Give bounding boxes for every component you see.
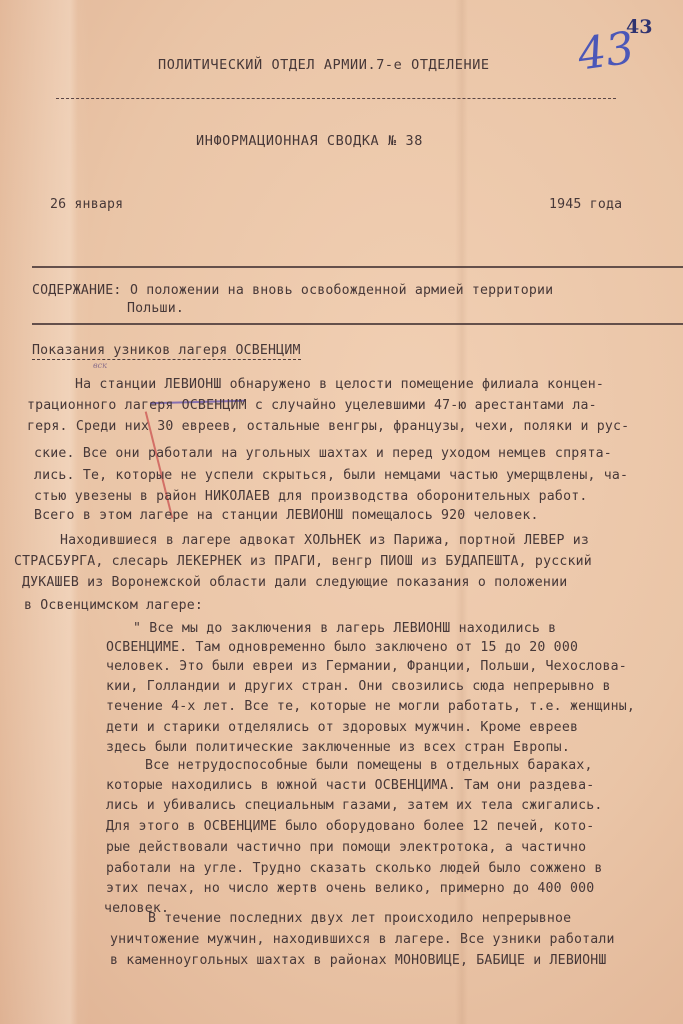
section-heading: Показания узников лагеря ОСВЕНЦИМ: [32, 343, 301, 360]
text-line: дети и старики отделялись от здоровых му…: [106, 720, 578, 735]
text-line: которые находились в южной части ОСВЕНЦИ…: [106, 778, 594, 793]
text-line: ОСВЕНЦИМЕ. Там одновременно было заключе…: [106, 640, 578, 655]
contents-top-rule: [32, 266, 683, 268]
text-line: " Все мы до заключения в лагерь ЛЕВИОНШ …: [133, 621, 556, 636]
text-line: этих печах, но число жертв очень велико,…: [106, 881, 594, 896]
text-line: Для этого в ОСВЕНЦИМЕ было оборудовано б…: [106, 819, 594, 834]
text-line: Всего в этом лагере на станции ЛЕВИОНШ п…: [34, 508, 539, 523]
text-line: Все нетрудоспособные были помещены в отд…: [145, 758, 593, 773]
document-date-year: 1945 года: [549, 197, 622, 212]
text-line: лись. Те, которые не успели скрыться, бы…: [34, 468, 628, 483]
contents-text-line-1: О положении на вновь освобожденной армие…: [130, 283, 553, 298]
department-header: ПОЛИТИЧЕСКИЙ ОТДЕЛ АРМИИ.7-е ОТДЕЛЕНИЕ: [158, 57, 490, 73]
text-line: геря. Среди них 30 евреев, остальные вен…: [27, 419, 629, 434]
document-title: ИНФОРМАЦИОННАЯ СВОДКА № 38: [196, 133, 423, 149]
text-line: течение 4-х лет. Все те, которые не могл…: [106, 699, 635, 714]
text-line: лись и убивались специальным газами, зат…: [106, 798, 603, 813]
text-line: кии, Голландии и других стран. Они свози…: [106, 679, 611, 694]
text-line: ские. Все они работали на угольных шахта…: [34, 446, 612, 461]
text-line: Находившиеся в лагере адвокат ХОЛЬНЕК из…: [60, 533, 589, 548]
text-line: В течение последних двух лет происходило…: [148, 911, 571, 926]
document-page: 43 43 ПОЛИТИЧЕСКИЙ ОТДЕЛ АРМИИ.7-е ОТДЕЛ…: [0, 0, 683, 1024]
text-line: в Освенцимском лагере:: [24, 598, 203, 613]
text-line: работали на угле. Трудно сказать сколько…: [106, 861, 603, 876]
text-line: рые действовали частично при помощи элек…: [106, 840, 586, 855]
archive-page-number-handwritten: 43: [575, 22, 638, 80]
document-date-day: 26 января: [50, 197, 123, 212]
text-line: СТРАСБУРГА, слесарь ЛЕКЕРНЕК из ПРАГИ, в…: [14, 554, 592, 569]
contents-label: СОДЕРЖАНИЕ:: [32, 283, 122, 298]
text-line: стью увезены в район НИКОЛАЕВ для произв…: [34, 489, 588, 504]
contents-bottom-rule: [32, 323, 683, 325]
margin-note: вск: [93, 361, 107, 370]
text-line: здесь были политические заключенные из в…: [106, 740, 570, 755]
text-line: трационного лагеря ОСВЕНЦИМ с случайно у…: [27, 398, 597, 413]
text-line: На станции ЛЕВИОНШ обнаружено в целости …: [75, 377, 604, 392]
text-line: в каменноугольных шахтах в районах МОНОВ…: [110, 953, 607, 968]
text-line: ДУКАШЕВ из Воронежской области дали след…: [22, 575, 567, 590]
text-line: человек. Это были евреи из Германии, Фра…: [106, 659, 627, 674]
header-divider: [56, 98, 616, 99]
contents-text-line-2: Польши.: [127, 301, 184, 316]
text-line: уничтожение мужчин, находившихся в лагер…: [110, 932, 615, 947]
